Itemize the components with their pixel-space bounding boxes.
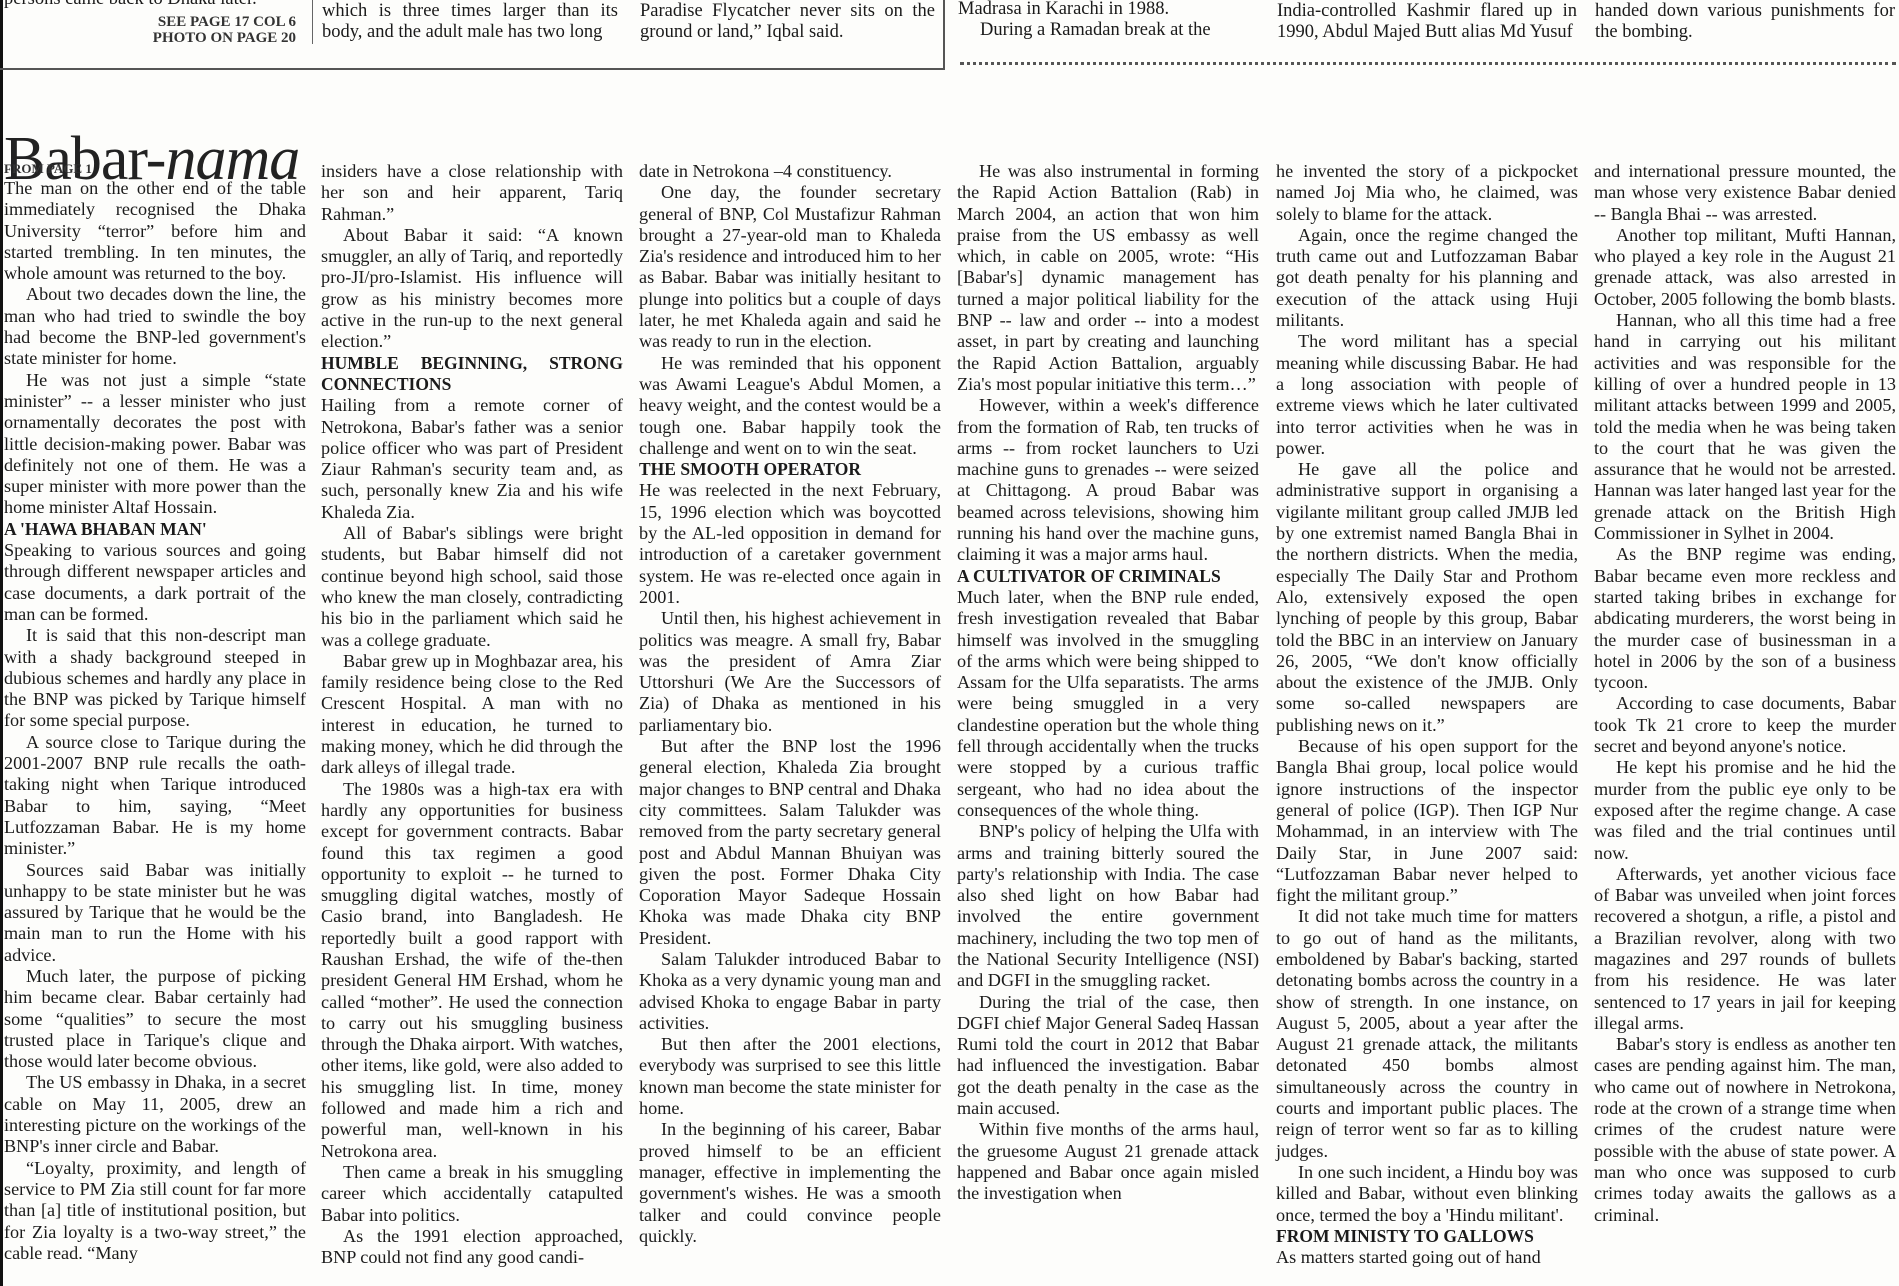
top-col-4: Madrasa in Karachi in 1988. During a Ram… — [958, 0, 1258, 41]
top-col-5: India-controlled Kashmir flared up in 19… — [1277, 1, 1577, 43]
paragraph: BNP's policy of helping the Ulfa with ar… — [957, 821, 1259, 991]
paragraph: But then after the 2001 elections, every… — [639, 1034, 941, 1119]
article-column-5: he invented the story of a pickpocket na… — [1276, 161, 1578, 1268]
paragraph: Much later, when the BNP rule ended, fre… — [957, 587, 1259, 821]
top-col-3-text: Paradise Flycatcher never sits on the gr… — [640, 1, 935, 43]
section-subhead: FROM MINISTY TO GALLOWS — [1276, 1226, 1578, 1247]
column-divider — [312, 0, 313, 44]
paragraph: A source close to Tarique during the 200… — [4, 732, 306, 860]
paragraph: The US embassy in Dhaka, in a secret cab… — [4, 1072, 306, 1157]
paragraph: Within five months of the arms haul, the… — [957, 1119, 1259, 1204]
article-column-3: date in Netrokona –4 constituency.One da… — [639, 161, 941, 1247]
paragraph: Again, once the regime changed the truth… — [1276, 225, 1578, 331]
paragraph: In one such incident, a Hindu boy was ki… — [1276, 1162, 1578, 1226]
paragraph: One day, the founder secretary general o… — [639, 182, 941, 352]
top-col-1-text: persons came back to Dhaka later. — [4, 0, 304, 10]
section-subhead: HUMBLE BEGINNING, STRONG CONNECTIONS — [321, 353, 623, 396]
article-column-4: He was also instrumental in forming the … — [957, 161, 1259, 1205]
paragraph: However, within a week's difference from… — [957, 395, 1259, 565]
paragraph: Salam Talukder introduced Babar to Khoka… — [639, 949, 941, 1034]
top-col-6: handed down various punishments for the … — [1595, 1, 1895, 43]
section-subhead: THE SMOOTH OPERATOR — [639, 459, 941, 480]
paragraph: The word militant has a special meaning … — [1276, 331, 1578, 459]
paragraph: Babar grew up in Moghbazar area, his fam… — [321, 651, 623, 779]
photo-page-link[interactable]: PHOTO ON PAGE 20 — [153, 30, 296, 46]
top-col-4-p2: During a Ramadan break at the — [958, 20, 1258, 41]
paragraph: date in Netrokona –4 constituency. — [639, 161, 941, 182]
paragraph: It is said that this non-descript man wi… — [4, 625, 306, 731]
dotted-separator — [960, 62, 1896, 65]
jump-reference[interactable]: SEE PAGE 17 COL 6 PHOTO ON PAGE 20 — [153, 14, 296, 46]
paragraph: About Babar it said: “A known smuggler, … — [321, 225, 623, 353]
paragraph: insiders have a close relationship with … — [321, 161, 623, 225]
paragraph: During the trial of the case, then DGFI … — [957, 992, 1259, 1120]
paragraph: Then came a break in his smuggling caree… — [321, 1162, 623, 1226]
paragraph: and international pressure mounted, the … — [1594, 161, 1896, 225]
paragraph: Sources said Babar was initially unhappy… — [4, 860, 306, 966]
paragraph: Hailing from a remote corner of Netrokon… — [321, 395, 623, 523]
paragraph: He kept his promise and he hid the murde… — [1594, 757, 1896, 863]
paragraph: he invented the story of a pickpocket na… — [1276, 161, 1578, 225]
paragraph: Another top militant, Mufti Hannan, who … — [1594, 225, 1896, 310]
top-col-4-p1: Madrasa in Karachi in 1988. — [958, 0, 1258, 20]
paragraph: The 1980s was a high-tax era with hardly… — [321, 779, 623, 1162]
top-col-3: Paradise Flycatcher never sits on the gr… — [640, 1, 935, 43]
paragraph: In the beginning of his career, Babar pr… — [639, 1119, 941, 1247]
top-col-6-text: handed down various punishments for the … — [1595, 1, 1895, 43]
paragraph: It did not take much time for matters to… — [1276, 906, 1578, 1162]
see-page-link[interactable]: SEE PAGE 17 COL 6 — [153, 14, 296, 30]
paragraph: All of Babar's siblings were bright stud… — [321, 523, 623, 651]
paragraph: About two decades down the line, the man… — [4, 284, 306, 369]
paragraph: Speaking to various sources and going th… — [4, 540, 306, 625]
paragraph: “Loyalty, proximity, and length of servi… — [4, 1158, 306, 1264]
section-subhead: A CULTIVATOR OF CRIMINALS — [957, 566, 1259, 587]
paragraph: As the BNP regime was ending, Babar beca… — [1594, 544, 1896, 693]
article-column-1: FROM PAGE 1 The man on the other end of … — [4, 160, 306, 1264]
paragraph: Because of his open support for the Bang… — [1276, 736, 1578, 906]
paragraph: The man on the other end of the table im… — [4, 178, 306, 284]
paragraph: According to case documents, Babar took … — [1594, 693, 1896, 757]
paragraph: Babar's story is endless as another ten … — [1594, 1034, 1896, 1226]
page-left-border — [0, 0, 3, 1286]
paragraph: Hannan, who all this time had a free han… — [1594, 310, 1896, 544]
paragraph: He was not just a simple “state minister… — [4, 370, 306, 519]
article-column-2: insiders have a close relationship with … — [321, 161, 623, 1268]
paragraph: Afterwards, yet another vicious face of … — [1594, 864, 1896, 1034]
paragraph: Much later, the purpose of picking him b… — [4, 966, 306, 1072]
top-col-5-text: India-controlled Kashmir flared up in 19… — [1277, 1, 1577, 43]
paragraph: Until then, his highest achievement in p… — [639, 608, 941, 736]
article-column-6: and international pressure mounted, the … — [1594, 161, 1896, 1226]
section-subhead: A 'HAWA BHABAN MAN' — [4, 519, 306, 540]
paragraph: As the 1991 election approached, BNP cou… — [321, 1226, 623, 1269]
previous-story-box: persons came back to Dhaka later. SEE PA… — [0, 0, 945, 70]
top-col-2-text: which is three times larger than its bod… — [322, 1, 618, 43]
paragraph: As matters started going out of hand — [1276, 1247, 1578, 1268]
paragraph: He was reelected in the next February, 1… — [639, 480, 941, 608]
paragraph: But after the BNP lost the 1996 general … — [639, 736, 941, 949]
paragraph: He gave all the police and administrativ… — [1276, 459, 1578, 736]
from-page-label: FROM PAGE 1 — [4, 160, 306, 178]
top-col-2: which is three times larger than its bod… — [322, 1, 618, 43]
paragraph: He was also instrumental in forming the … — [957, 161, 1259, 395]
paragraph: He was reminded that his opponent was Aw… — [639, 353, 941, 459]
top-col-1: persons came back to Dhaka later. SEE PA… — [4, 0, 304, 60]
